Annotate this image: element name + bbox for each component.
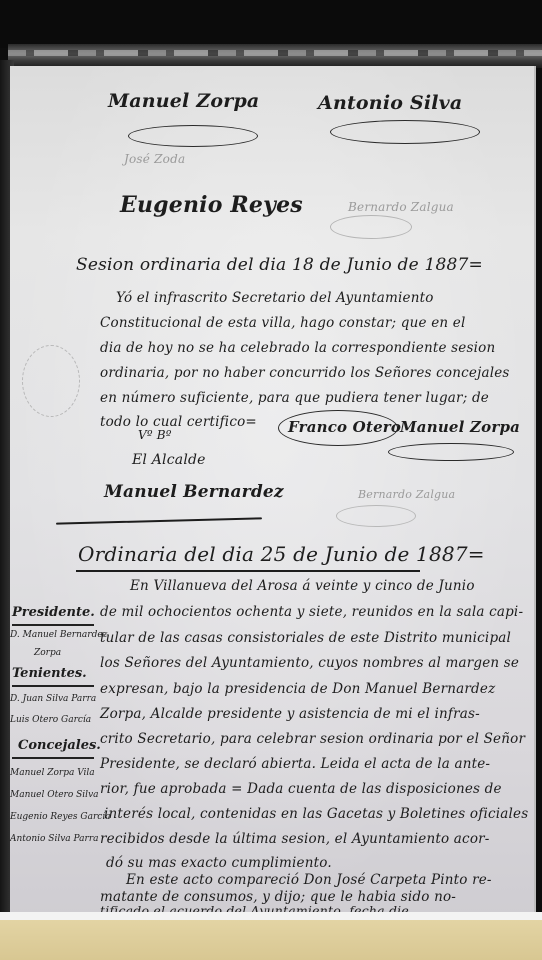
margin-teniente-name: Luis Otero García [10, 715, 91, 725]
margin-presidente-label: Presidente. [12, 605, 95, 620]
session-2-line: tular de las casas consistoriales de est… [100, 630, 511, 646]
session-1-line: dia de hoy no se ha celebrado la corresp… [100, 340, 495, 356]
margin-tenientes-label: Tenientes. [12, 666, 87, 681]
session-2-line: Presidente, se declaró abierta. Leida el… [100, 756, 490, 772]
session-2-line: de mil ochocientos ochenta y siete, reun… [100, 604, 523, 620]
session-2-line: interés local, contenidas en las Gacetas… [104, 806, 528, 822]
faded-stamp [22, 345, 80, 417]
margin-concejal-name: Manuel Otero Silva [10, 790, 99, 800]
session-2-line: dó su mas exacto cumplimiento. [106, 855, 332, 871]
signature-flourish [388, 443, 514, 461]
signature-manuel-zorpa-2: Manuel Zorpa [400, 418, 520, 436]
margin-rule [12, 685, 94, 687]
session-2-line: En este acto compareció Don José Carpeta… [126, 872, 492, 888]
session-1-line: todo lo cual certifico= [100, 414, 257, 430]
alcalde-label: El Alcalde [132, 452, 206, 468]
title-underline [76, 570, 420, 572]
signature-manuel-zorpa: Manuel Zorpa [108, 90, 259, 112]
margin-concejales-label: Concejales. [18, 738, 101, 753]
vobo-mark: Vº Bº [138, 428, 172, 442]
torn-page-edge [8, 44, 542, 68]
signature-antonio-silva: Antonio Silva [318, 92, 462, 114]
session-1-line: en número suficiente, para que pudiera t… [100, 390, 489, 406]
session-2-line: En Villanueva del Arosa á veinte y cinco… [130, 578, 475, 594]
margin-concejal-name: Manuel Zorpa Vila [10, 768, 95, 778]
margin-presidente-name: Zorpa [34, 648, 61, 658]
faint-flourish [336, 505, 416, 527]
signature-faint-jose: José Zoda [124, 152, 185, 166]
faint-signature-lower: Bernardo Zalgua [358, 488, 455, 501]
session-2-line: los Señores del Ayuntamiento, cuyos nomb… [100, 655, 519, 671]
margin-concejal-name: Eugenio Reyes García [10, 812, 111, 822]
margin-concejal-name: Antonio Silva Parra [10, 834, 99, 844]
session-2-line: expresan, bajo la presidencia de Don Man… [100, 681, 495, 697]
session-1-line: Constitucional de esta villa, hago const… [100, 315, 466, 331]
signature-faint-right: Bernardo Zalgua [348, 200, 454, 214]
margin-rule [12, 757, 94, 759]
session-1-line: Yó el infrascrito Secretario del Ayuntam… [116, 290, 434, 306]
session-2-line: Zorpa, Alcalde presidente y asistencia d… [100, 706, 480, 722]
margin-presidente-name: D. Manuel Bernardez [10, 630, 107, 640]
session-1-title: Sesion ordinaria del dia 18 de Junio de … [76, 255, 483, 275]
signature-eugenio-reyes: Eugenio Reyes [120, 192, 303, 218]
session-2-title: Ordinaria del dia 25 de Junio de 1887= [78, 542, 485, 566]
photo-paper-border [0, 912, 542, 920]
session-1-line: ordinaria, por no haber concurrido los S… [100, 365, 510, 381]
margin-rule [12, 624, 94, 626]
signature-flourish [330, 120, 480, 144]
photo-background-top [0, 0, 542, 48]
session-2-line: rior, fue aprobada = Dada cuenta de las … [100, 781, 502, 797]
signature-alcalde: Manuel Bernardez [104, 482, 284, 502]
signature-secretary: Franco Otero [288, 418, 401, 436]
signature-flourish [128, 125, 258, 147]
session-2-line: recibidos desde la última sesion, el Ayu… [100, 831, 490, 847]
margin-teniente-name: D. Juan Silva Parra [10, 694, 96, 704]
session-2-line: crito Secretario, para celebrar sesion o… [100, 731, 525, 747]
background-surface [0, 920, 542, 960]
faint-flourish [330, 215, 412, 239]
